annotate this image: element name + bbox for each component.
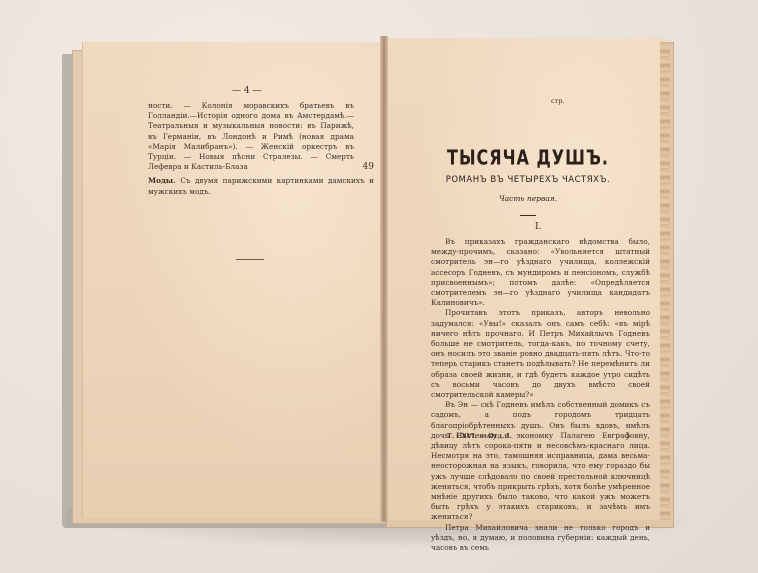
- title-block: ТЫСЯЧА ДУШЪ. РОМАНЪ ВЪ ЧЕТЫРЕХЪ ЧАСТЯХЪ.…: [420, 148, 636, 216]
- left-page-folio: — 4 —: [232, 86, 261, 96]
- modes-text: Съ двумя парижскими картинками дамскихъ …: [148, 176, 374, 195]
- paragraph: Въ приказахъ гражданскаго вѣдомства было…: [431, 237, 650, 308]
- signature-mark: Т. CXVI. — Отд. I.: [447, 432, 512, 440]
- chapter-number: I.: [535, 222, 541, 232]
- title-rule: [520, 215, 536, 216]
- book-gutter: [380, 36, 388, 522]
- table-of-contents: ности. — Колонія моравскихъ братьевъ въ …: [148, 101, 374, 197]
- paragraph: Въ Эн — скѣ Годневъ имѣлъ собственный до…: [431, 400, 650, 522]
- book-subtitle: РОМАНЪ ВЪ ЧЕТЫРЕХЪ ЧАСТЯХЪ.: [420, 175, 636, 185]
- modes-label: Моды.: [148, 176, 176, 185]
- toc-modes-entry: Моды. Съ двумя парижскими картинками дам…: [148, 176, 374, 196]
- book-title: ТЫСЯЧА ДУШЪ.: [420, 146, 636, 170]
- toc-entry-text: ности. — Колонія моравскихъ братьевъ въ …: [148, 101, 354, 171]
- body-text: Въ приказахъ гражданскаго вѣдомства было…: [431, 237, 650, 553]
- signature-number: 1: [626, 432, 630, 440]
- part-heading: Часть первая.: [420, 194, 636, 203]
- paragraph: Прочитавъ этотъ приказъ, авторъ невольно…: [431, 308, 650, 400]
- frayed-page-edges: [660, 42, 670, 520]
- toc-entry: ности. — Колонія моравскихъ братьевъ въ …: [148, 101, 374, 172]
- paragraph: Петра Михайловича знали не только городъ…: [431, 523, 650, 554]
- decorative-rule: [236, 259, 264, 260]
- page-column-label: стр.: [551, 96, 564, 106]
- toc-page-number: 49: [363, 162, 374, 172]
